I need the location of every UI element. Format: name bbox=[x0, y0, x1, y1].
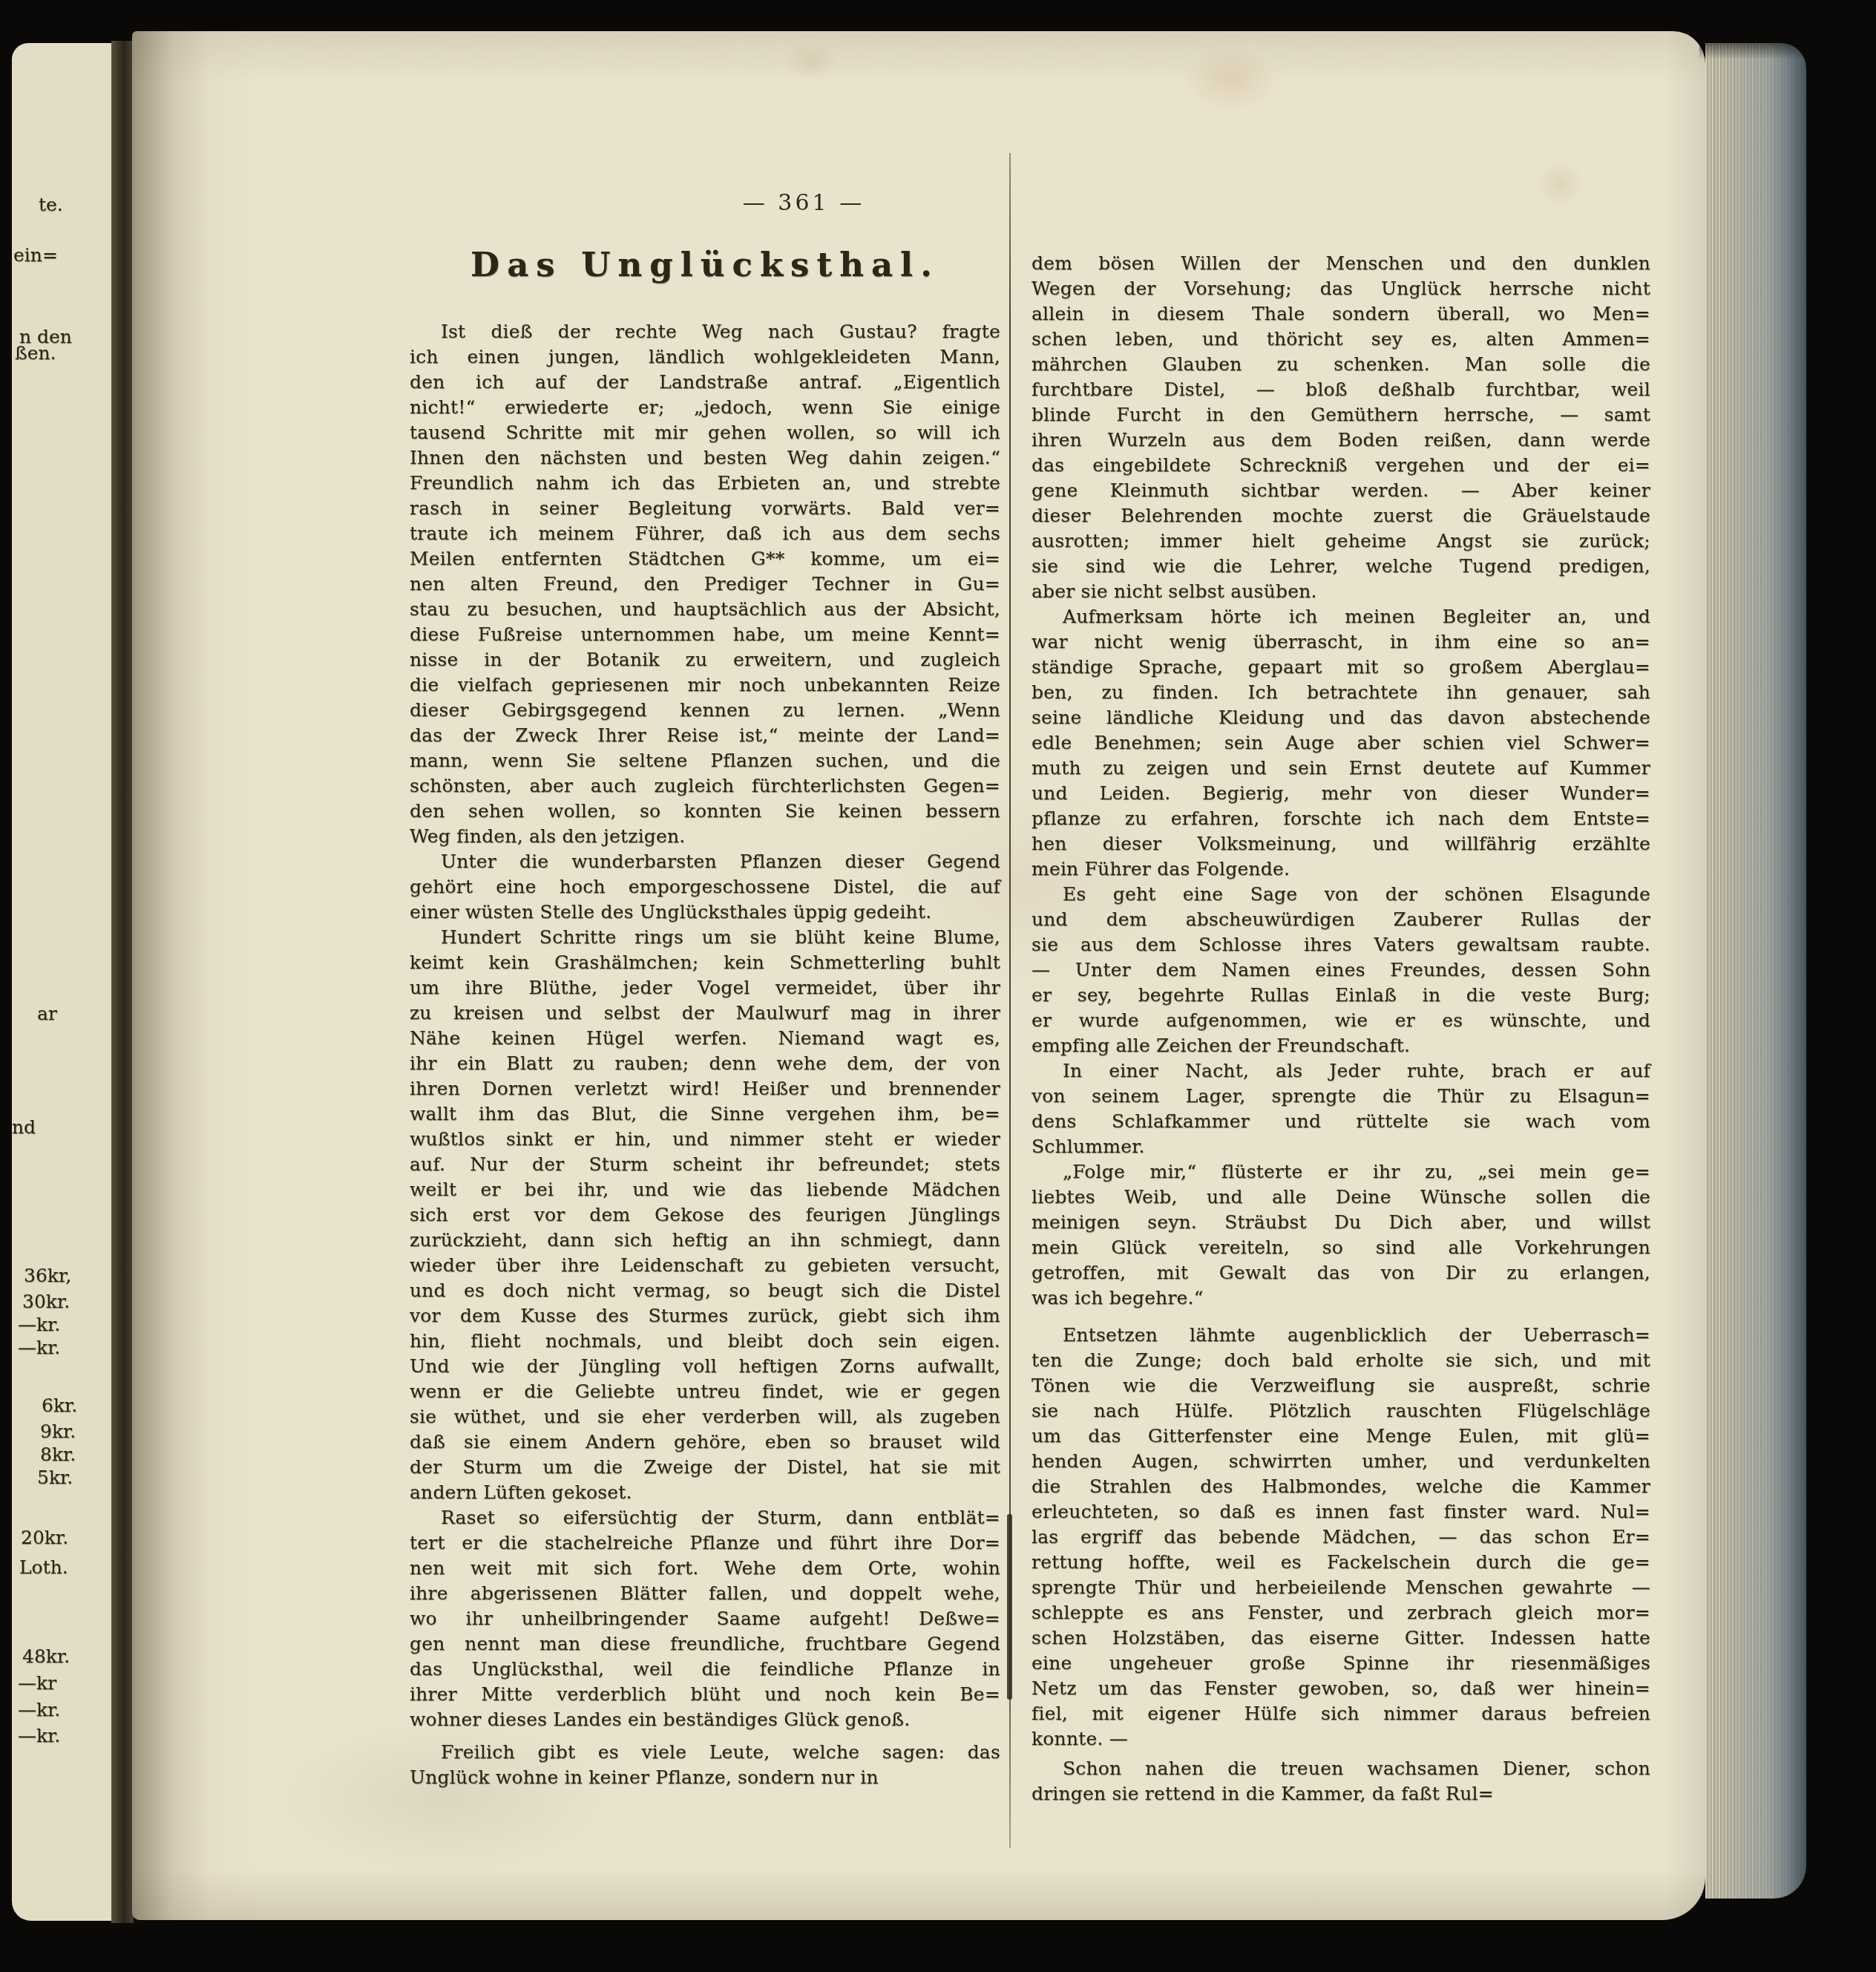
text-line: und dem abscheuwürdigen Zauberer Rullas … bbox=[1032, 907, 1650, 932]
text-line: fiel, mit eigener Hülfe sich nimmer dara… bbox=[1032, 1701, 1650, 1726]
text-line: das Unglücksthal, weil die feindliche Pf… bbox=[410, 1657, 1000, 1682]
text-line: andern Lüften gekoset. bbox=[410, 1480, 1000, 1505]
text-line: sich erst vor dem Gekose des feurigen Jü… bbox=[410, 1202, 1000, 1228]
text-line: las ergriff das bebende Mädchen, — das s… bbox=[1032, 1524, 1650, 1550]
text-line: nicht!“ erwiederte er; „jedoch, wenn Sie… bbox=[410, 395, 1000, 420]
margin-text-fragment: 30kr. bbox=[22, 1291, 70, 1312]
text-line: rasch in seiner Begleitung vorwärts. Bal… bbox=[410, 496, 1000, 521]
text-line: eine ungeheuer große Spinne ihr riesenmä… bbox=[1032, 1651, 1650, 1676]
text-line: sie wüthet, und sie eher verderben will,… bbox=[410, 1404, 1000, 1429]
text-line: aber sie nicht selbst ausüben. bbox=[1032, 579, 1650, 604]
text-line: das der Zweck Ihrer Reise ist,“ meinte d… bbox=[410, 723, 1000, 748]
text-line: ten die Zunge; doch bald erholte sie sic… bbox=[1032, 1348, 1650, 1373]
column-divider-ink-blot bbox=[1007, 1514, 1012, 1700]
paragraph: „Folge mir,“ flüsterte er ihr zu, „sei m… bbox=[1032, 1159, 1650, 1311]
paragraph: Aufmerksam hörte ich meinen Begleiter an… bbox=[1032, 604, 1650, 882]
right-text-column: dem bösen Willen der Menschen und den du… bbox=[1032, 251, 1650, 1806]
text-line: den ich auf der Landstraße antraf. „Eige… bbox=[410, 370, 1000, 395]
text-line: Unter die wunderbarsten Pflanzen dieser … bbox=[410, 849, 1000, 874]
text-line: Ist dieß der rechte Weg nach Gustau? fra… bbox=[410, 319, 1000, 344]
text-line: furchtbare Distel, — bloß deßhalb furcht… bbox=[1032, 377, 1650, 402]
text-line: — Unter dem Namen eines Freundes, dessen… bbox=[1032, 957, 1650, 983]
text-line: ich einen jungen, ländlich wohlgekleidet… bbox=[410, 344, 1000, 370]
text-line: ihren Dornen verletzt wird! Heißer und b… bbox=[410, 1076, 1000, 1101]
text-line: was ich begehre.“ bbox=[1032, 1285, 1650, 1311]
margin-text-fragment: 36kr, bbox=[24, 1265, 71, 1286]
text-line: Raset so eifersüchtig der Sturm, dann en… bbox=[410, 1505, 1000, 1530]
text-line: sie aus dem Schlosse ihres Vaters gewalt… bbox=[1032, 932, 1650, 957]
text-line: Ihnen den nächsten und besten Weg dahin … bbox=[410, 445, 1000, 471]
text-line: In einer Nacht, als Jeder ruhte, brach e… bbox=[1032, 1058, 1650, 1084]
text-line: konnte. — bbox=[1032, 1726, 1650, 1752]
text-line: schönsten, aber auch zugleich fürchterli… bbox=[410, 773, 1000, 799]
text-line: Aufmerksam hörte ich meinen Begleiter an… bbox=[1032, 604, 1650, 629]
text-line: daß sie einem Andern gehöre, eben so bra… bbox=[410, 1429, 1000, 1455]
text-line: gen nennt man diese freundliche, fruchtb… bbox=[410, 1631, 1000, 1657]
text-line: wohner dieses Landes ein beständiges Glü… bbox=[410, 1707, 1000, 1732]
margin-text-fragment: 9kr. bbox=[40, 1421, 76, 1442]
text-line: Freundlich nahm ich das Erbieten an, und… bbox=[410, 471, 1000, 496]
text-line: dem bösen Willen der Menschen und den du… bbox=[1032, 251, 1650, 276]
text-line: mein Führer das Folgende. bbox=[1032, 856, 1650, 882]
text-line: wieder über ihre Leidenschaft zu gebiete… bbox=[410, 1253, 1000, 1278]
text-line: Entsetzen lähmte augenblicklich der Uebe… bbox=[1032, 1323, 1650, 1348]
text-line: mährchen Glauben zu schenken. Man solle … bbox=[1032, 352, 1650, 377]
paragraph: dem bösen Willen der Menschen und den du… bbox=[1032, 251, 1650, 604]
text-line: sie nach Hülfe. Plötzlich rauschten Flüg… bbox=[1032, 1398, 1650, 1424]
text-line: dringen sie rettend in die Kammer, da fa… bbox=[1032, 1781, 1650, 1806]
text-line: Meilen entfernten Städtchen G** komme, u… bbox=[410, 546, 1000, 571]
paragraph: Ist dieß der rechte Weg nach Gustau? fra… bbox=[410, 319, 1000, 849]
text-line: muth zu zeigen und sein Ernst deutete au… bbox=[1032, 756, 1650, 781]
text-line: wallt ihm das Blut, die Sinne vergehen i… bbox=[410, 1101, 1000, 1127]
text-line: war nicht wenig überrascht, in ihm eine … bbox=[1032, 629, 1650, 655]
margin-text-fragment: 20kr. bbox=[21, 1527, 68, 1548]
text-line: und Leiden. Begierig, mehr von dieser Wu… bbox=[1032, 781, 1650, 806]
text-line: sie sind wie die Lehrer, welche Tugend p… bbox=[1032, 554, 1650, 579]
text-line: Weg finden, als den jetzigen. bbox=[410, 824, 1000, 849]
text-line: den sehen wollen, so konnten Sie keinen … bbox=[410, 799, 1000, 824]
text-line: Freilich gibt es viele Leute, welche sag… bbox=[410, 1740, 1000, 1765]
text-line: die Strahlen des Halbmondes, welche die … bbox=[1032, 1474, 1650, 1499]
text-line: pflanze zu erfahren, forschte ich nach d… bbox=[1032, 806, 1650, 831]
text-line: Nähe keinen Hügel werfen. Niemand wagt e… bbox=[410, 1026, 1000, 1051]
text-line: keimt kein Grashälmchen; kein Schmetterl… bbox=[410, 950, 1000, 975]
article-title: Das Unglücksthal. bbox=[410, 245, 1000, 284]
text-line: mein Glück vereiteln, so sind alle Vorke… bbox=[1032, 1235, 1650, 1260]
text-line: Wegen der Vorsehung; das Unglück herrsch… bbox=[1032, 276, 1650, 301]
paragraph: Raset so eifersüchtig der Sturm, dann en… bbox=[410, 1505, 1000, 1732]
text-line: weilt er bei ihr, und wie das liebende M… bbox=[410, 1177, 1000, 1202]
paragraph: In einer Nacht, als Jeder ruhte, brach e… bbox=[1032, 1058, 1650, 1159]
text-line: dieser Belehrenden mochte zuerst die Grä… bbox=[1032, 503, 1650, 528]
text-line: und es doch nicht vermag, so beugt sich … bbox=[410, 1278, 1000, 1303]
text-line: zu kreisen und selbst der Maulwurf mag i… bbox=[410, 1000, 1000, 1026]
text-line: meinigen seyn. Sträubst Du Dich aber, un… bbox=[1032, 1210, 1650, 1235]
text-line: Hundert Schritte rings um sie blüht kein… bbox=[410, 925, 1000, 950]
text-line: wenn er die Geliebte untreu findet, wie … bbox=[410, 1379, 1000, 1404]
text-line: rettung hoffte, weil es Fackelschein dur… bbox=[1032, 1550, 1650, 1575]
text-line: Schlummer. bbox=[1032, 1134, 1650, 1159]
paragraph: Unter die wunderbarsten Pflanzen dieser … bbox=[410, 849, 1000, 925]
text-line: ihre abgerissenen Blätter fallen, und do… bbox=[410, 1581, 1000, 1606]
margin-text-fragment: —kr. bbox=[18, 1726, 60, 1746]
text-line: hen dieser Volksmeinung, und willfährig … bbox=[1032, 831, 1650, 856]
text-line: ihrer Mitte verderblich blüht und noch k… bbox=[410, 1682, 1000, 1707]
text-line: tert er die stachelreiche Pflanze und fü… bbox=[410, 1530, 1000, 1556]
text-line: Und wie der Jüngling voll heftigen Zorns… bbox=[410, 1354, 1000, 1379]
text-line: Unglück wohne in keiner Pflanze, sondern… bbox=[410, 1765, 1000, 1790]
margin-text-fragment: Loth. bbox=[19, 1557, 68, 1578]
text-line: empfing alle Zeichen der Freundschaft. bbox=[1032, 1033, 1650, 1058]
text-line: blinde Furcht in den Gemüthern herrsche,… bbox=[1032, 402, 1650, 428]
margin-text-fragment: nd bbox=[12, 1117, 36, 1138]
text-line: einer wüsten Stelle des Unglücksthales ü… bbox=[410, 900, 1000, 925]
margin-text-fragment: —kr. bbox=[18, 1337, 60, 1358]
text-line: die vielfach gepriesenen mir noch unbeka… bbox=[410, 672, 1000, 698]
text-line: auf. Nur der Sturm scheint ihr befreunde… bbox=[410, 1152, 1000, 1177]
text-line: nen alten Freund, den Prediger Techner i… bbox=[410, 571, 1000, 597]
printed-content: te.ein=n denßen.arnd36kr,30kr.—kr.—kr.6k… bbox=[0, 0, 1876, 1972]
text-line: seine ländliche Kleidung und das davon a… bbox=[1032, 705, 1650, 730]
text-line: er sey, begehrte Rullas Einlaß in die ve… bbox=[1032, 983, 1650, 1008]
text-line: wußtlos sinkt er hin, und nimmer steht e… bbox=[410, 1127, 1000, 1152]
text-line: sprengte Thür und herbeieilende Menschen… bbox=[1032, 1575, 1650, 1600]
paragraph: Es geht eine Sage von der schönen Elsagu… bbox=[1032, 882, 1650, 1058]
text-line: von seinem Lager, sprengte die Thür zu E… bbox=[1032, 1084, 1650, 1109]
margin-text-fragment: ar bbox=[37, 1003, 57, 1024]
text-line: wo ihr unheilbringender Saame aufgeht! D… bbox=[410, 1606, 1000, 1631]
paragraph: Entsetzen lähmte augenblicklich der Uebe… bbox=[1032, 1323, 1650, 1752]
left-text-column: Ist dieß der rechte Weg nach Gustau? fra… bbox=[410, 319, 1000, 1790]
margin-text-fragment: —kr. bbox=[18, 1314, 60, 1335]
text-line: allein in diesem Thale sondern überall, … bbox=[1032, 301, 1650, 327]
text-line: schen leben, und thöricht sey es, alten … bbox=[1032, 327, 1650, 352]
text-line: nen weit mit sich fort. Wehe dem Orte, w… bbox=[410, 1556, 1000, 1581]
margin-text-fragment: 8kr. bbox=[40, 1444, 76, 1465]
text-line: nisse in der Botanik zu erweitern, und z… bbox=[410, 647, 1000, 672]
margin-text-fragment: ein= bbox=[13, 245, 58, 266]
text-line: erleuchteten, so daß es innen fast finst… bbox=[1032, 1499, 1650, 1524]
text-line: er wurde aufgenommen, wie er es wünschte… bbox=[1032, 1008, 1650, 1033]
text-line: gehört eine hoch emporgeschossene Distel… bbox=[410, 874, 1000, 900]
text-line: ihren Wurzeln aus dem Boden reißen, dann… bbox=[1032, 428, 1650, 453]
margin-text-fragment: 48kr. bbox=[22, 1646, 70, 1667]
paragraph: Freilich gibt es viele Leute, welche sag… bbox=[410, 1740, 1000, 1790]
paragraph: Hundert Schritte rings um sie blüht kein… bbox=[410, 925, 1000, 1505]
text-line: der Sturm um die Zweige der Distel, hat … bbox=[410, 1455, 1000, 1480]
text-line: dens Schlafkammer und rüttelte sie wach … bbox=[1032, 1109, 1650, 1134]
text-line: Netz um das Fenster gewoben, so, daß wer… bbox=[1032, 1676, 1650, 1701]
text-line: henden Augen, schwirrten umher, und verd… bbox=[1032, 1449, 1650, 1474]
text-line: mann, wenn Sie seltene Pflanzen suchen, … bbox=[410, 748, 1000, 773]
margin-text-fragment: te. bbox=[39, 194, 63, 215]
text-line: hin, flieht nochmals, und bleibt doch se… bbox=[410, 1329, 1000, 1354]
margin-text-fragment: 6kr. bbox=[42, 1395, 77, 1416]
text-line: schen Holzstäben, das eiserne Gitter. In… bbox=[1032, 1625, 1650, 1651]
text-line: dieser Gebirgsgegend kennen zu lernen. „… bbox=[410, 698, 1000, 723]
text-line: ausrotten; immer hielt geheime Angst sie… bbox=[1032, 528, 1650, 554]
margin-text-fragment: —kr. bbox=[18, 1700, 60, 1720]
text-line: tausend Schritte mit mir gehen wollen, s… bbox=[410, 420, 1000, 445]
text-line: Es geht eine Sage von der schönen Elsagu… bbox=[1032, 882, 1650, 907]
text-line: um das Gitterfenster eine Menge Eulen, m… bbox=[1032, 1424, 1650, 1449]
text-line: liebtes Weib, und alle Deine Wünsche sol… bbox=[1032, 1185, 1650, 1210]
margin-text-fragment: 5kr. bbox=[37, 1467, 73, 1488]
text-line: „Folge mir,“ flüsterte er ihr zu, „sei m… bbox=[1032, 1159, 1650, 1185]
margin-text-fragment: —kr bbox=[18, 1673, 56, 1694]
text-line: diese Fußreise unternommen habe, um mein… bbox=[410, 622, 1000, 647]
text-line: gene Kleinmuth sichtbar werden. — Aber k… bbox=[1032, 478, 1650, 503]
text-line: ben, zu finden. Ich betrachtete ihn gena… bbox=[1032, 680, 1650, 705]
text-line: ihr ein Blatt zu rauben; denn wehe dem, … bbox=[410, 1051, 1000, 1076]
text-line: Tönen wie die Verzweiflung sie auspreßt,… bbox=[1032, 1373, 1650, 1398]
text-line: getroffen, mit Gewalt das von Dir zu erl… bbox=[1032, 1260, 1650, 1285]
text-line: schleppte es ans Fenster, und zerbrach g… bbox=[1032, 1600, 1650, 1625]
paragraph: Schon nahen die treuen wachsamen Diener,… bbox=[1032, 1756, 1650, 1806]
text-line: um ihre Blüthe, jeder Vogel vermeidet, ü… bbox=[410, 975, 1000, 1000]
text-line: edle Benehmen; sein Auge aber schien vie… bbox=[1032, 730, 1650, 756]
margin-text-fragment: ßen. bbox=[15, 343, 56, 364]
text-line: stau zu besuchen, und hauptsächlich aus … bbox=[410, 597, 1000, 622]
text-line: ständige Sprache, gepaart mit so großem … bbox=[1032, 655, 1650, 680]
scanned-book-spread: te.ein=n denßen.arnd36kr,30kr.—kr.—kr.6k… bbox=[0, 0, 1876, 1972]
text-line: das eingebildete Schreckniß vergehen und… bbox=[1032, 453, 1650, 478]
text-line: zurückzieht, dann sich heftig an ihn sch… bbox=[410, 1228, 1000, 1253]
text-line: traute ich meinem Führer, daß ich aus de… bbox=[410, 521, 1000, 546]
text-line: vor dem Kusse des Sturmes zurück, giebt … bbox=[410, 1303, 1000, 1329]
page-number: — 361 — bbox=[711, 190, 896, 216]
text-line: Schon nahen die treuen wachsamen Diener,… bbox=[1032, 1756, 1650, 1781]
